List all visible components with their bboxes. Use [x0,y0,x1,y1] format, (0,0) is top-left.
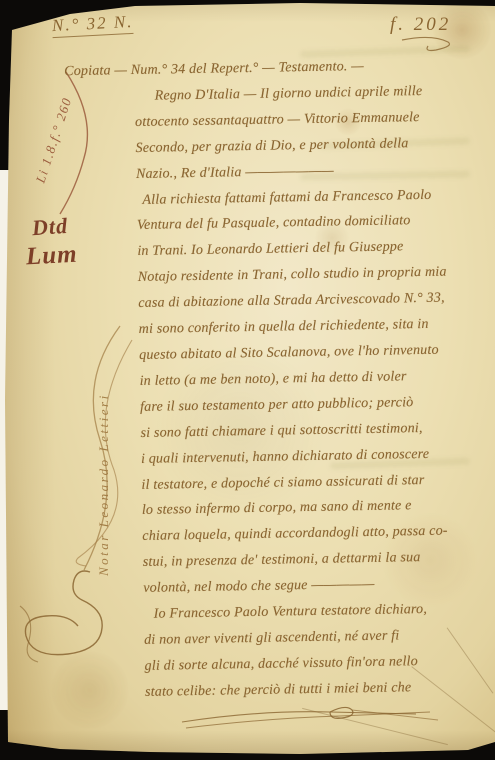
closing-flourish-icon [180,700,440,732]
photo-background: N.° 32 N. f. 202 Li 1.8.f.° 260 Dtd Lum … [0,0,495,760]
notary-paraph-bottom: Lum [25,241,78,272]
notary-paraph-top: Dtd [31,213,69,241]
archive-number: N.° 32 N. [51,12,134,38]
paragraph-paraph-icon [18,566,113,666]
notary-vertical-signature: Notar Leonardo Lettieri [96,336,112,576]
manuscript-text-block: Copiata — Num.° 34 del Repert.° — Testam… [134,52,495,706]
folio-number: f. 202 [390,14,451,36]
registration-bracket-icon [58,68,98,218]
folio-swash-icon [398,36,458,54]
manuscript-page: N.° 32 N. f. 202 Li 1.8.f.° 260 Dtd Lum … [0,0,495,760]
